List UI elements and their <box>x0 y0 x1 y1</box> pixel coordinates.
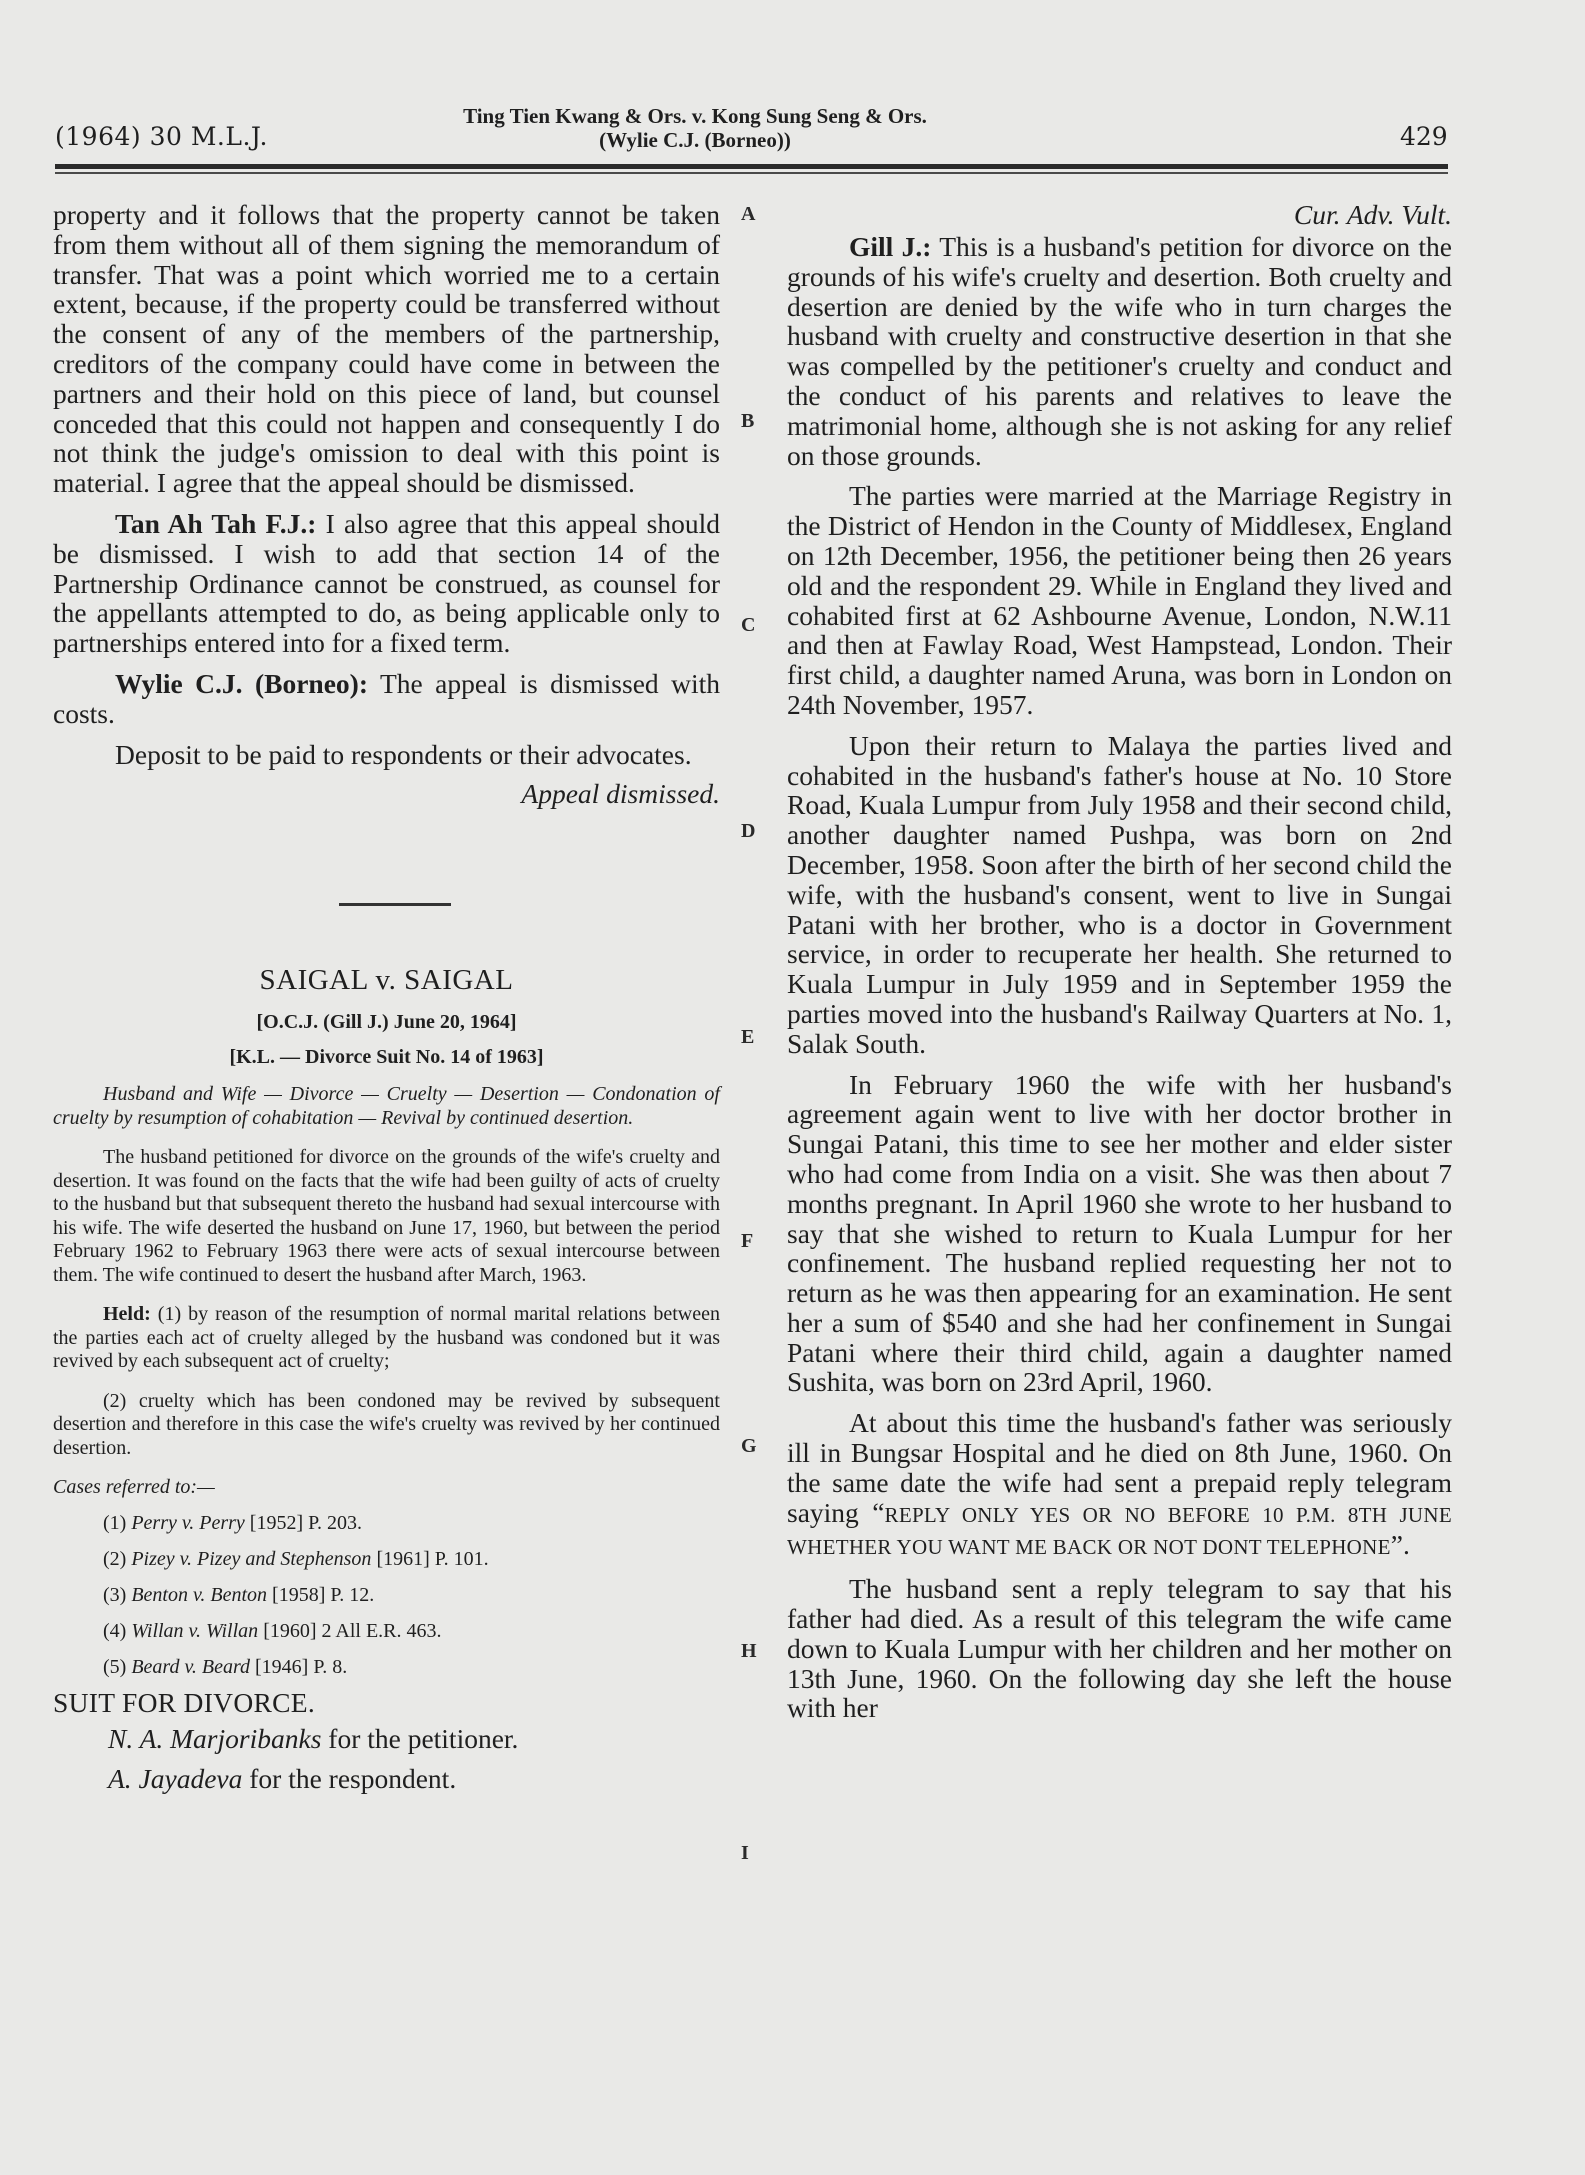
case-court-date: [O.C.J. (Gill J.) June 20, 1964] <box>53 1011 720 1034</box>
continued-judgment-paragraph: property and it follows that the propert… <box>53 200 720 498</box>
deposit-order: Deposit to be paid to respondents or the… <box>53 740 720 770</box>
margin-letter-i: I <box>741 1842 749 1865</box>
page-number: 429 <box>1400 122 1448 151</box>
header-rule-thick <box>55 164 1448 169</box>
margin-letter-a: A <box>741 203 755 226</box>
catchwords: Husband and Wife — Divorce — Cruelty — D… <box>53 1083 720 1130</box>
headnote-facts: The husband petitioned for divorce on th… <box>53 1146 720 1287</box>
judge-name: Gill J.: <box>849 231 931 262</box>
margin-letter-d: D <box>741 820 755 843</box>
case-reference: (2) Pizey v. Pizey and Stephenson [1961]… <box>53 1541 720 1577</box>
cur-adv-vult: Cur. Adv. Vult. <box>787 200 1452 230</box>
case-reference: (5) Beard v. Beard [1946] P. 8. <box>53 1649 720 1685</box>
case-citation: [1952] P. 203. <box>250 1512 362 1534</box>
case-number: (2) <box>103 1548 126 1570</box>
case-name: Willan v. Willan <box>131 1620 258 1642</box>
case-reference: (4) Willan v. Willan [1960] 2 All E.R. 4… <box>53 1613 720 1649</box>
law-report-page: (1964) 30 M.L.J. Ting Tien Kwang & Ors. … <box>0 0 1585 2175</box>
cases-referred-label: Cases referred to:— <box>53 1476 720 1499</box>
february-1960-paragraph: In February 1960 the wife with her husba… <box>787 1070 1452 1398</box>
case-name: Beard v. Beard <box>131 1656 250 1678</box>
case-name: Perry v. Perry <box>131 1512 244 1534</box>
counsel-name: N. A. Marjoribanks <box>108 1723 321 1754</box>
case-name: Benton v. Benton <box>131 1584 267 1606</box>
marriage-paragraph: The parties were married at the Marriage… <box>787 481 1452 719</box>
margin-letter-f: F <box>741 1230 753 1253</box>
wylie-judgment: Wylie C.J. (Borneo): The appeal is dismi… <box>53 669 720 729</box>
case-citation: [1946] P. 8. <box>255 1656 347 1678</box>
running-title-line2: (Wylie C.J. (Borneo)) <box>400 128 990 152</box>
telegram-paragraph: At about this time the husband's father … <box>787 1408 1452 1563</box>
case-reference: (3) Benton v. Benton [1958] P. 12. <box>53 1577 720 1613</box>
telegram-text: REPLY ONLY YES OR NO BEFORE 10 P.M. 8TH … <box>787 1503 1452 1560</box>
reply-telegram-paragraph: The husband sent a reply telegram to say… <box>787 1574 1452 1723</box>
case-citation: [1960] 2 All E.R. 463. <box>263 1620 441 1642</box>
right-column: Cur. Adv. Vult. Gill J.: This is a husba… <box>787 200 1452 1723</box>
held-2: (2) cruelty which has been condoned may … <box>53 1390 720 1461</box>
gill-judgment-opening: Gill J.: This is a husband's petition fo… <box>787 232 1452 470</box>
case-reference: (1) Perry v. Perry [1952] P. 203. <box>53 1505 720 1541</box>
case-number: (5) <box>103 1656 126 1678</box>
counsel-role: for the respondent. <box>242 1763 456 1794</box>
section-divider <box>339 903 451 906</box>
held-1: Held: (1) by reason of the resumption of… <box>53 1303 720 1374</box>
proceeding-heading: SUIT FOR DIVORCE. <box>53 1687 720 1719</box>
cases-referred-list: (1) Perry v. Perry [1952] P. 203. (2) Pi… <box>53 1505 720 1685</box>
counsel-role: for the petitioner. <box>321 1723 518 1754</box>
case-citation: [1961] P. 101. <box>376 1548 488 1570</box>
held-label: Held: <box>103 1303 151 1325</box>
left-column: property and it follows that the propert… <box>53 200 720 1799</box>
held-1-text: (1) by reason of the resumption of norma… <box>53 1303 720 1372</box>
margin-letter-g: G <box>741 1435 757 1458</box>
case-number: (3) <box>103 1584 126 1606</box>
case-suit-number: [K.L. — Divorce Suit No. 14 of 1963] <box>53 1046 720 1069</box>
margin-letter-e: E <box>741 1026 754 1049</box>
header-rule-thin <box>55 172 1448 174</box>
judge-name: Tan Ah Tah F.J.: <box>115 508 316 539</box>
running-title: Ting Tien Kwang & Ors. v. Kong Sung Seng… <box>400 104 990 152</box>
tan-ah-tah-judgment: Tan Ah Tah F.J.: I also agree that this … <box>53 509 720 658</box>
margin-letter-c: C <box>741 614 755 637</box>
counsel-petitioner: N. A. Marjoribanks for the petitioner. <box>53 1719 720 1759</box>
case-citation: [1958] P. 12. <box>272 1584 374 1606</box>
counsel-name: A. Jayadeva <box>108 1763 242 1794</box>
margin-letter-h: H <box>741 1640 757 1663</box>
judgment-text: This is a husband's petition for divorce… <box>787 231 1452 471</box>
report-citation: (1964) 30 M.L.J. <box>55 122 268 151</box>
return-to-malaya-paragraph: Upon their return to Malaya the parties … <box>787 731 1452 1059</box>
case-name: Pizey v. Pizey and Stephenson <box>131 1548 371 1570</box>
case-number: (1) <box>103 1512 126 1534</box>
case-title: SAIGAL v. SAIGAL <box>53 964 720 997</box>
judge-name: Wylie C.J. (Borneo): <box>115 668 368 699</box>
paragraph-end: ”. <box>1391 1529 1410 1560</box>
margin-letter-b: B <box>741 410 754 433</box>
running-title-line1: Ting Tien Kwang & Ors. v. Kong Sung Seng… <box>400 104 990 128</box>
counsel-respondent: A. Jayadeva for the respondent. <box>53 1759 720 1799</box>
case-number: (4) <box>103 1620 126 1642</box>
appeal-result: Appeal dismissed. <box>53 779 720 809</box>
